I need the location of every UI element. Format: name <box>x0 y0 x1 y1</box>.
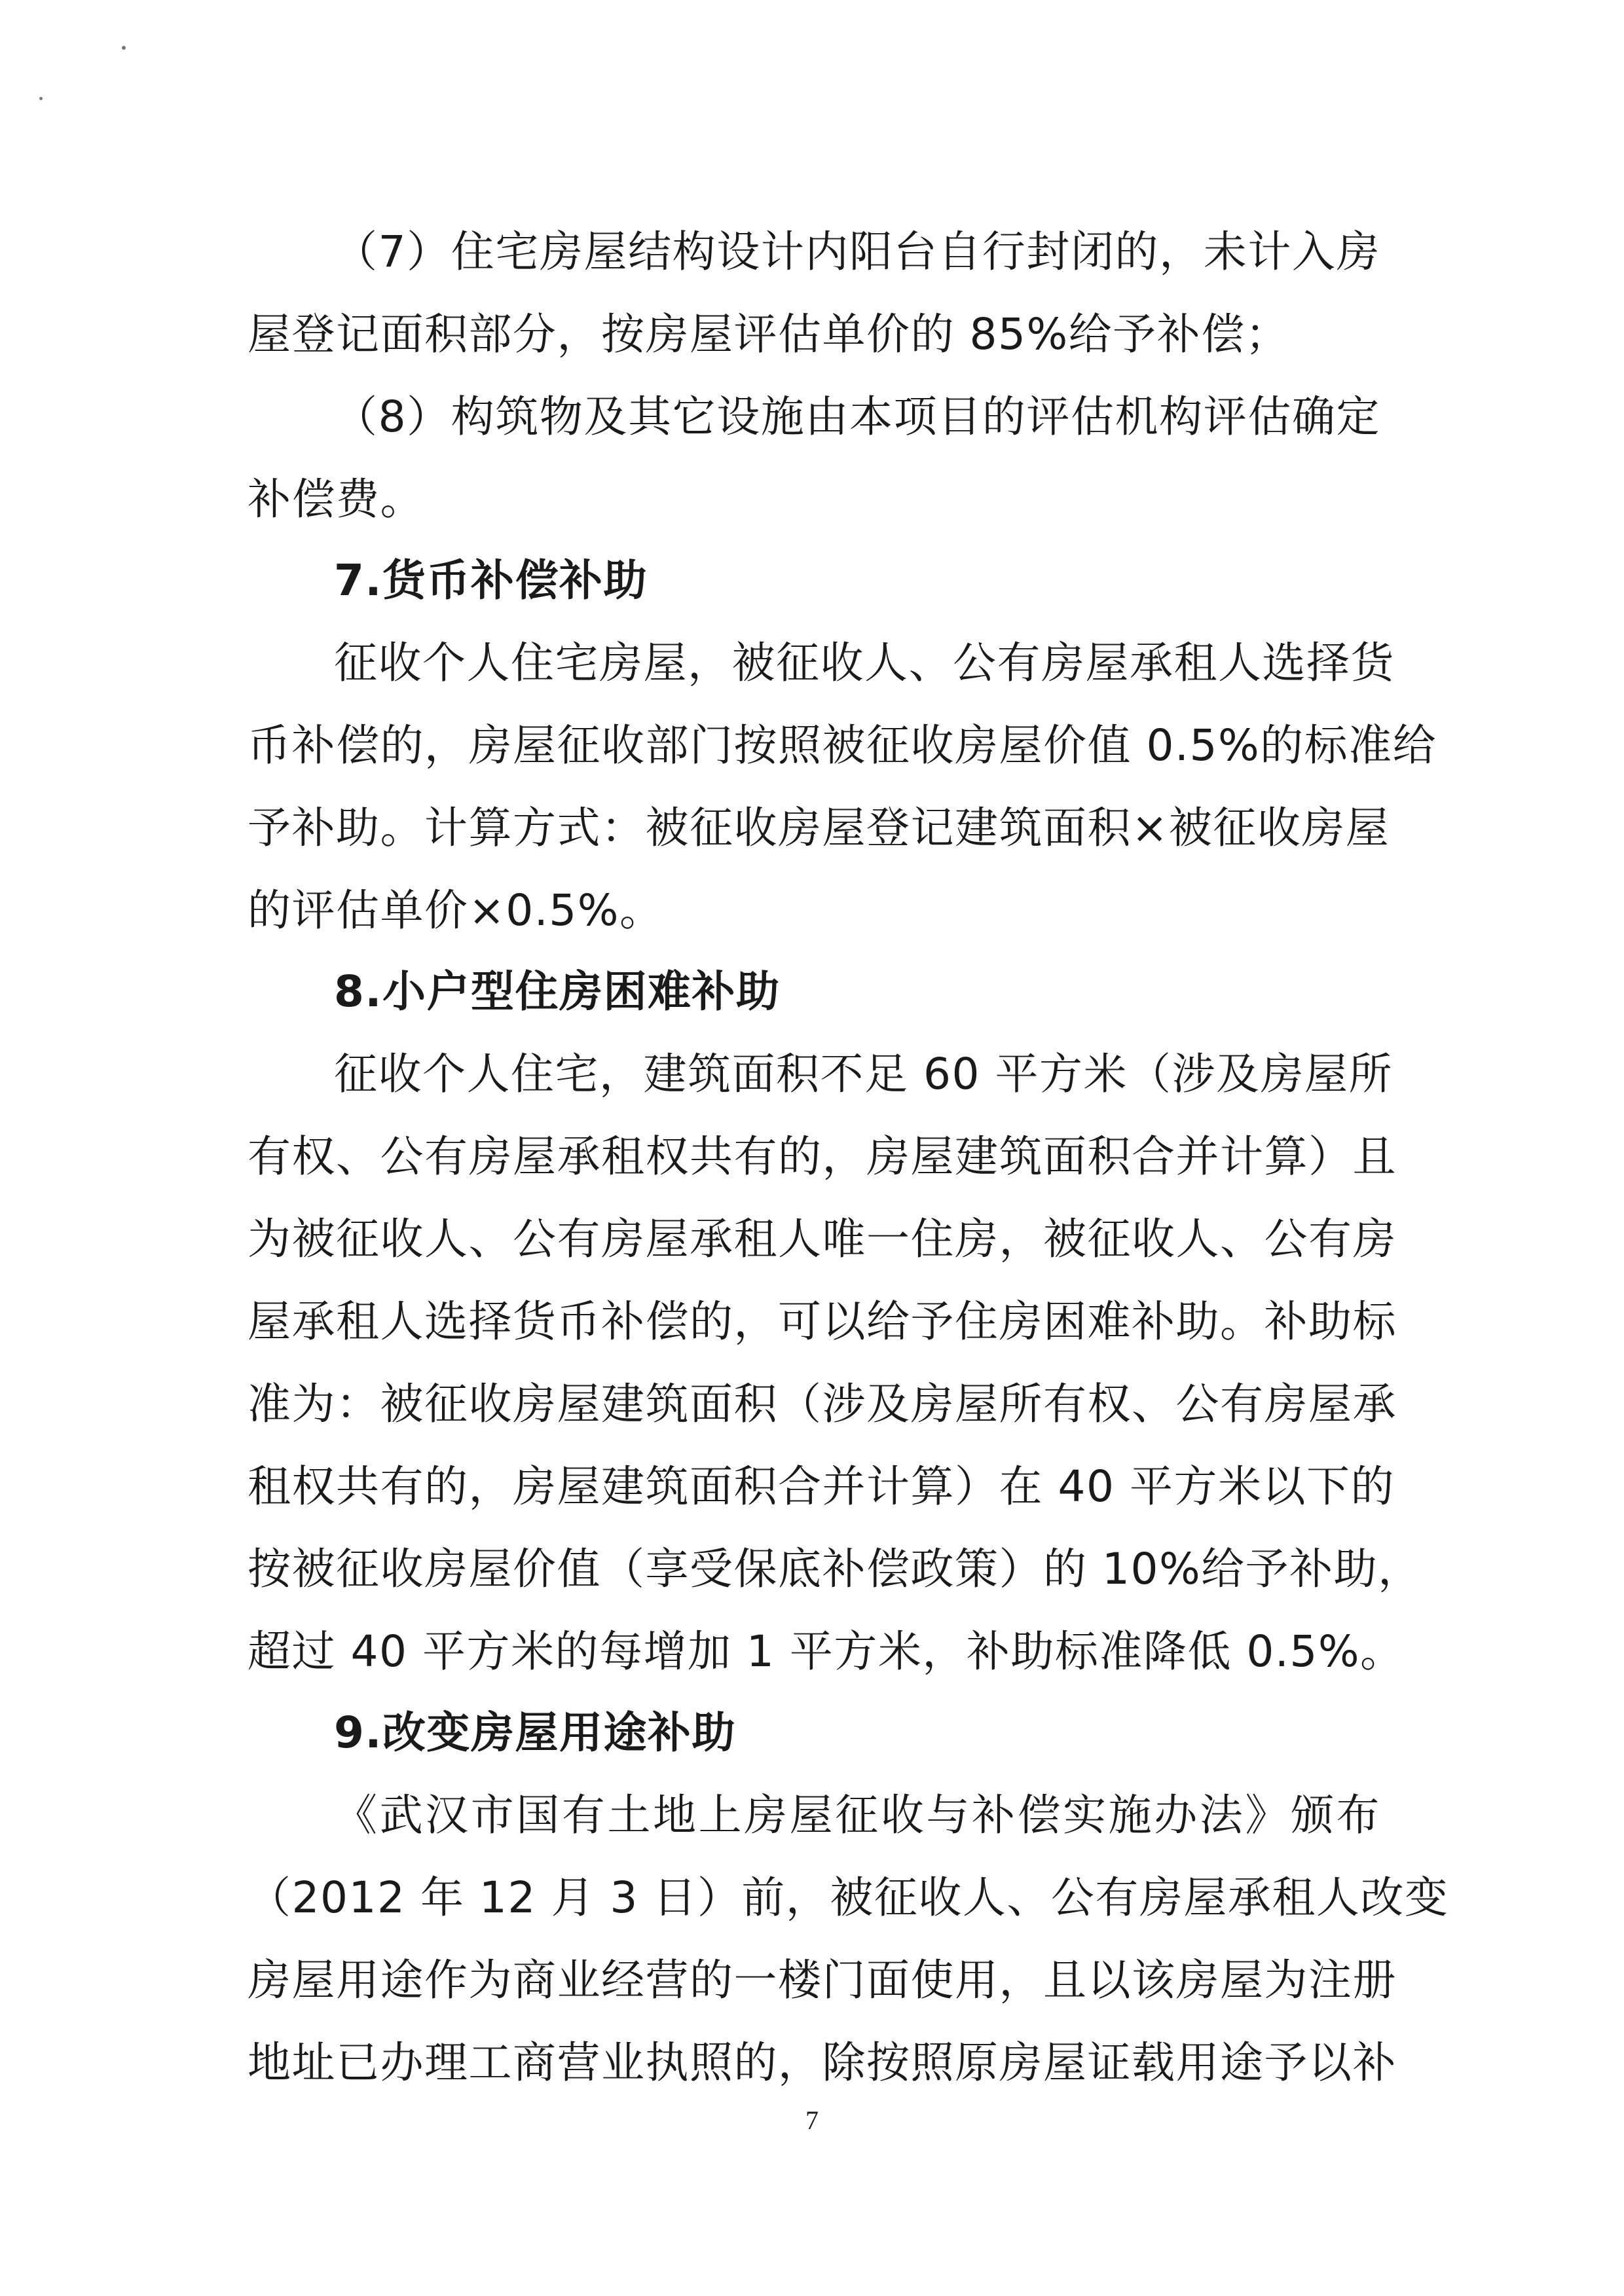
paragraph-line: 租权共有的，房屋建筑面积合并计算）在 40 平方米以下的 <box>248 1457 1380 1516</box>
scan-speck <box>122 46 126 50</box>
paragraph-line: 征收个人住宅房屋，被征收人、公有房屋承租人选择货 <box>248 634 1380 693</box>
document-page: （7）住宅房屋结构设计内阳台自行封闭的，未计入房 屋登记面积部分，按房屋评估单价… <box>0 0 1624 2296</box>
section-heading-9: 9.改变房屋用途补助 <box>334 1704 736 1762</box>
paragraph-line: 《武汉市国有土地上房屋征收与补偿实施办法》颁布 <box>248 1786 1380 1845</box>
paragraph-line: 予补助。计算方式：被征收房屋登记建筑面积×被征收房屋 <box>248 799 1380 858</box>
section-heading-8: 8.小户型住房困难补助 <box>334 962 781 1021</box>
paragraph-line: （8）构筑物及其它设施由本项目的评估机构评估确定 <box>248 388 1380 446</box>
scan-speck <box>39 97 43 100</box>
paragraph-line: 超过 40 平方米的每增加 1 平方米，补助标准降低 0.5%。 <box>248 1622 1380 1681</box>
paragraph-line: （7）住宅房屋结构设计内阳台自行封闭的，未计入房 <box>248 223 1380 282</box>
section-heading-7: 7.货币补偿补助 <box>334 551 648 610</box>
paragraph-line: 地址已办理工商营业执照的，除按照原房屋证载用途予以补 <box>248 2033 1380 2092</box>
paragraph-line: 按被征收房屋价值（享受保底补偿政策）的 10%给予补助， <box>248 1540 1380 1599</box>
paragraph-line: 房屋用途作为商业经营的一楼门面使用，且以该房屋为注册 <box>248 1951 1380 2010</box>
paragraph-line: 屋登记面积部分，按房屋评估单价的 85%给予补偿； <box>248 305 1380 364</box>
paragraph-line: 屋承租人选择货币补偿的，可以给予住房困难补助。补助标 <box>248 1292 1380 1351</box>
paragraph-line: 有权、公有房屋承租权共有的，房屋建筑面积合并计算）且 <box>248 1127 1380 1186</box>
paragraph-line: （2012 年 12 月 3 日）前，被征收人、公有房屋承租人改变 <box>248 1868 1380 1927</box>
paragraph-line: 的评估单价×0.5%。 <box>248 881 1380 940</box>
paragraph-line: 币补偿的，房屋征收部门按照被征收房屋价值 0.5%的标准给 <box>248 716 1380 775</box>
paragraph-line: 为被征收人、公有房屋承租人唯一住房，被征收人、公有房 <box>248 1210 1380 1269</box>
page-number: 7 <box>0 2105 1624 2136</box>
paragraph-line: 征收个人住宅，建筑面积不足 60 平方米（涉及房屋所 <box>248 1045 1380 1104</box>
paragraph-line: 补偿费。 <box>248 470 1380 529</box>
paragraph-line: 准为：被征收房屋建筑面积（涉及房屋所有权、公有房屋承 <box>248 1375 1380 1434</box>
